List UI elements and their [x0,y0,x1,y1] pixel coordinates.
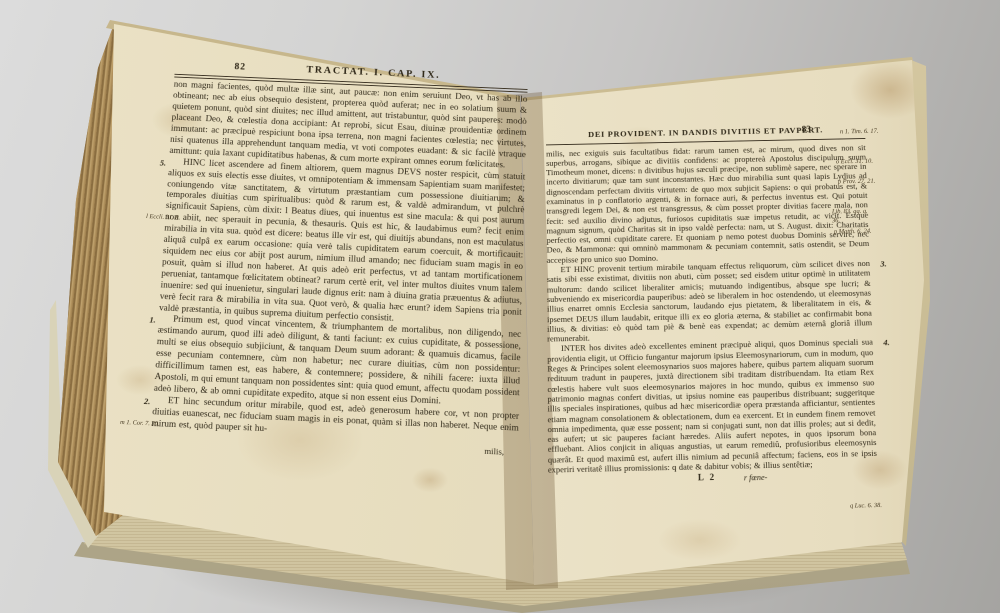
gathering-signature: L 2 [698,472,716,482]
margin-note: o Eccl. 31. 10. [836,158,874,167]
margin-note: n 1. Tim. 6. 17. [840,128,882,137]
left-page-text-block: 82 TRACTAT. I. CAP. IX. non magni facien… [150,59,528,457]
right-paragraph: 4.INTER hos divites adeò excellentes emi… [547,337,877,475]
paragraph-number: 3. [866,259,886,269]
right-paragraph: milis, nec exiguis suis facultatibus fid… [546,142,870,265]
right-page-text-block: DEI PROVIDENT. IN DANDIS DIVITIIS ET PAV… [546,124,878,488]
right-page-number: 83 [802,125,811,134]
paragraph-number: 5. [145,157,166,169]
book-photo: 82 TRACTAT. I. CAP. IX. non magni facien… [0,0,1000,613]
margin-note: p Matth. 6. 24. [834,228,876,237]
margin-note: p Prov. 27. 21. [838,178,878,187]
left-page-number: 82 [234,62,246,72]
right-catchword: r fœne- [744,473,768,482]
paragraph-number: 2. [129,395,151,408]
right-paragraph: 3.ET HINC provenit tertium mirabile tanq… [547,258,873,344]
margin-note: Lib. 83. qq. q. 36. [832,208,874,226]
paragraph-number: 1. [134,314,156,326]
paragraph-number: 4. [869,338,889,348]
margin-note: q Luc. 6. 38. [850,501,910,511]
left-paragraph: 5.HINC licet ascendere ad finem altiorem… [159,157,526,330]
